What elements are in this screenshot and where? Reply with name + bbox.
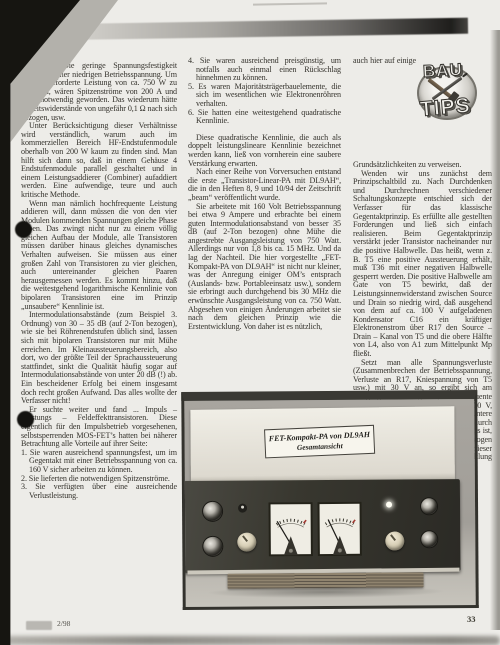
knob-right (385, 531, 404, 550)
connector-socket (421, 498, 437, 514)
led-indicator (386, 502, 392, 508)
badge-text-tips: TIPS (419, 94, 472, 122)
page-number: 33 (467, 614, 476, 624)
connector-socket (421, 531, 437, 547)
toggle-switch (238, 504, 247, 513)
paragraph: Intermodulationsabstände (zum Beispiel 3… (21, 311, 177, 406)
paragraph: Wenn man nämlich hochfrequente Leistung … (21, 200, 177, 312)
paragraph: Er suchte weiter und fand ... Impuls – L… (21, 406, 177, 449)
analog-meter-left (268, 502, 313, 556)
paragraph: Wenden wir uns zunächst dem Prinzipschal… (353, 170, 492, 359)
paragraph: 3. Sie verfügten über eine ausreichende … (21, 483, 177, 500)
analog-meter-right (317, 502, 362, 556)
photo-caption-label: FET-Kompakt-PA von DL9AH Gesamtansicht (264, 425, 375, 459)
amplifier-photo: FET-Kompakt-PA von DL9AH Gesamtansicht (181, 390, 479, 610)
badge-text-bau: BAU (423, 60, 464, 82)
knob-pointer (390, 535, 396, 541)
paragraph: Diese quadratische Kennlinie, die auch a… (188, 134, 341, 168)
scan-right-edge (490, 30, 500, 630)
scan-artifact-line (253, 2, 327, 5)
bau-tips-badge: BAU TIPS (413, 60, 497, 130)
text-column-1: verworfen. Die geringe Spannungsfestigke… (21, 62, 177, 598)
text-column-2: 4. Sie waren ausreichend preisgünstig, u… (188, 57, 341, 387)
paragraph: 1. Sie waren ausreichend spannungsfest, … (21, 449, 177, 475)
magazine-page-scan: BAU TIPS verworfen. Die geringe Spannung… (0, 0, 500, 645)
paragraph: 4. Sie waren ausreichend preisgünstig, u… (188, 57, 341, 83)
paragraph: 6. Sie hatten eine weitestgehend quadrat… (188, 109, 341, 126)
magazine-logo (26, 621, 52, 630)
punch-hole (15, 221, 32, 238)
connector-socket (203, 502, 222, 521)
scan-artifact-band (44, 18, 468, 41)
amplifier-front-panel (184, 479, 461, 573)
punch-hole (17, 411, 34, 428)
paragraph: Unter Berücksichtigung dieser Verhältnis… (21, 122, 177, 199)
footer-issue: 2/98 (57, 619, 70, 628)
connector-socket (203, 537, 222, 556)
scan-bottom-shadow (0, 636, 500, 645)
base-shadow (206, 585, 446, 599)
knob-left (237, 533, 256, 552)
paragraph: 5. Es waren Majoritätsträgerbauelemente,… (188, 83, 341, 109)
paragraph: Nach einer Reihe von Vorversuchen entsta… (188, 168, 341, 202)
paragraph: Sie arbeitete mit 160 Volt Betriebsspann… (188, 203, 341, 332)
knob-pointer (242, 536, 248, 542)
